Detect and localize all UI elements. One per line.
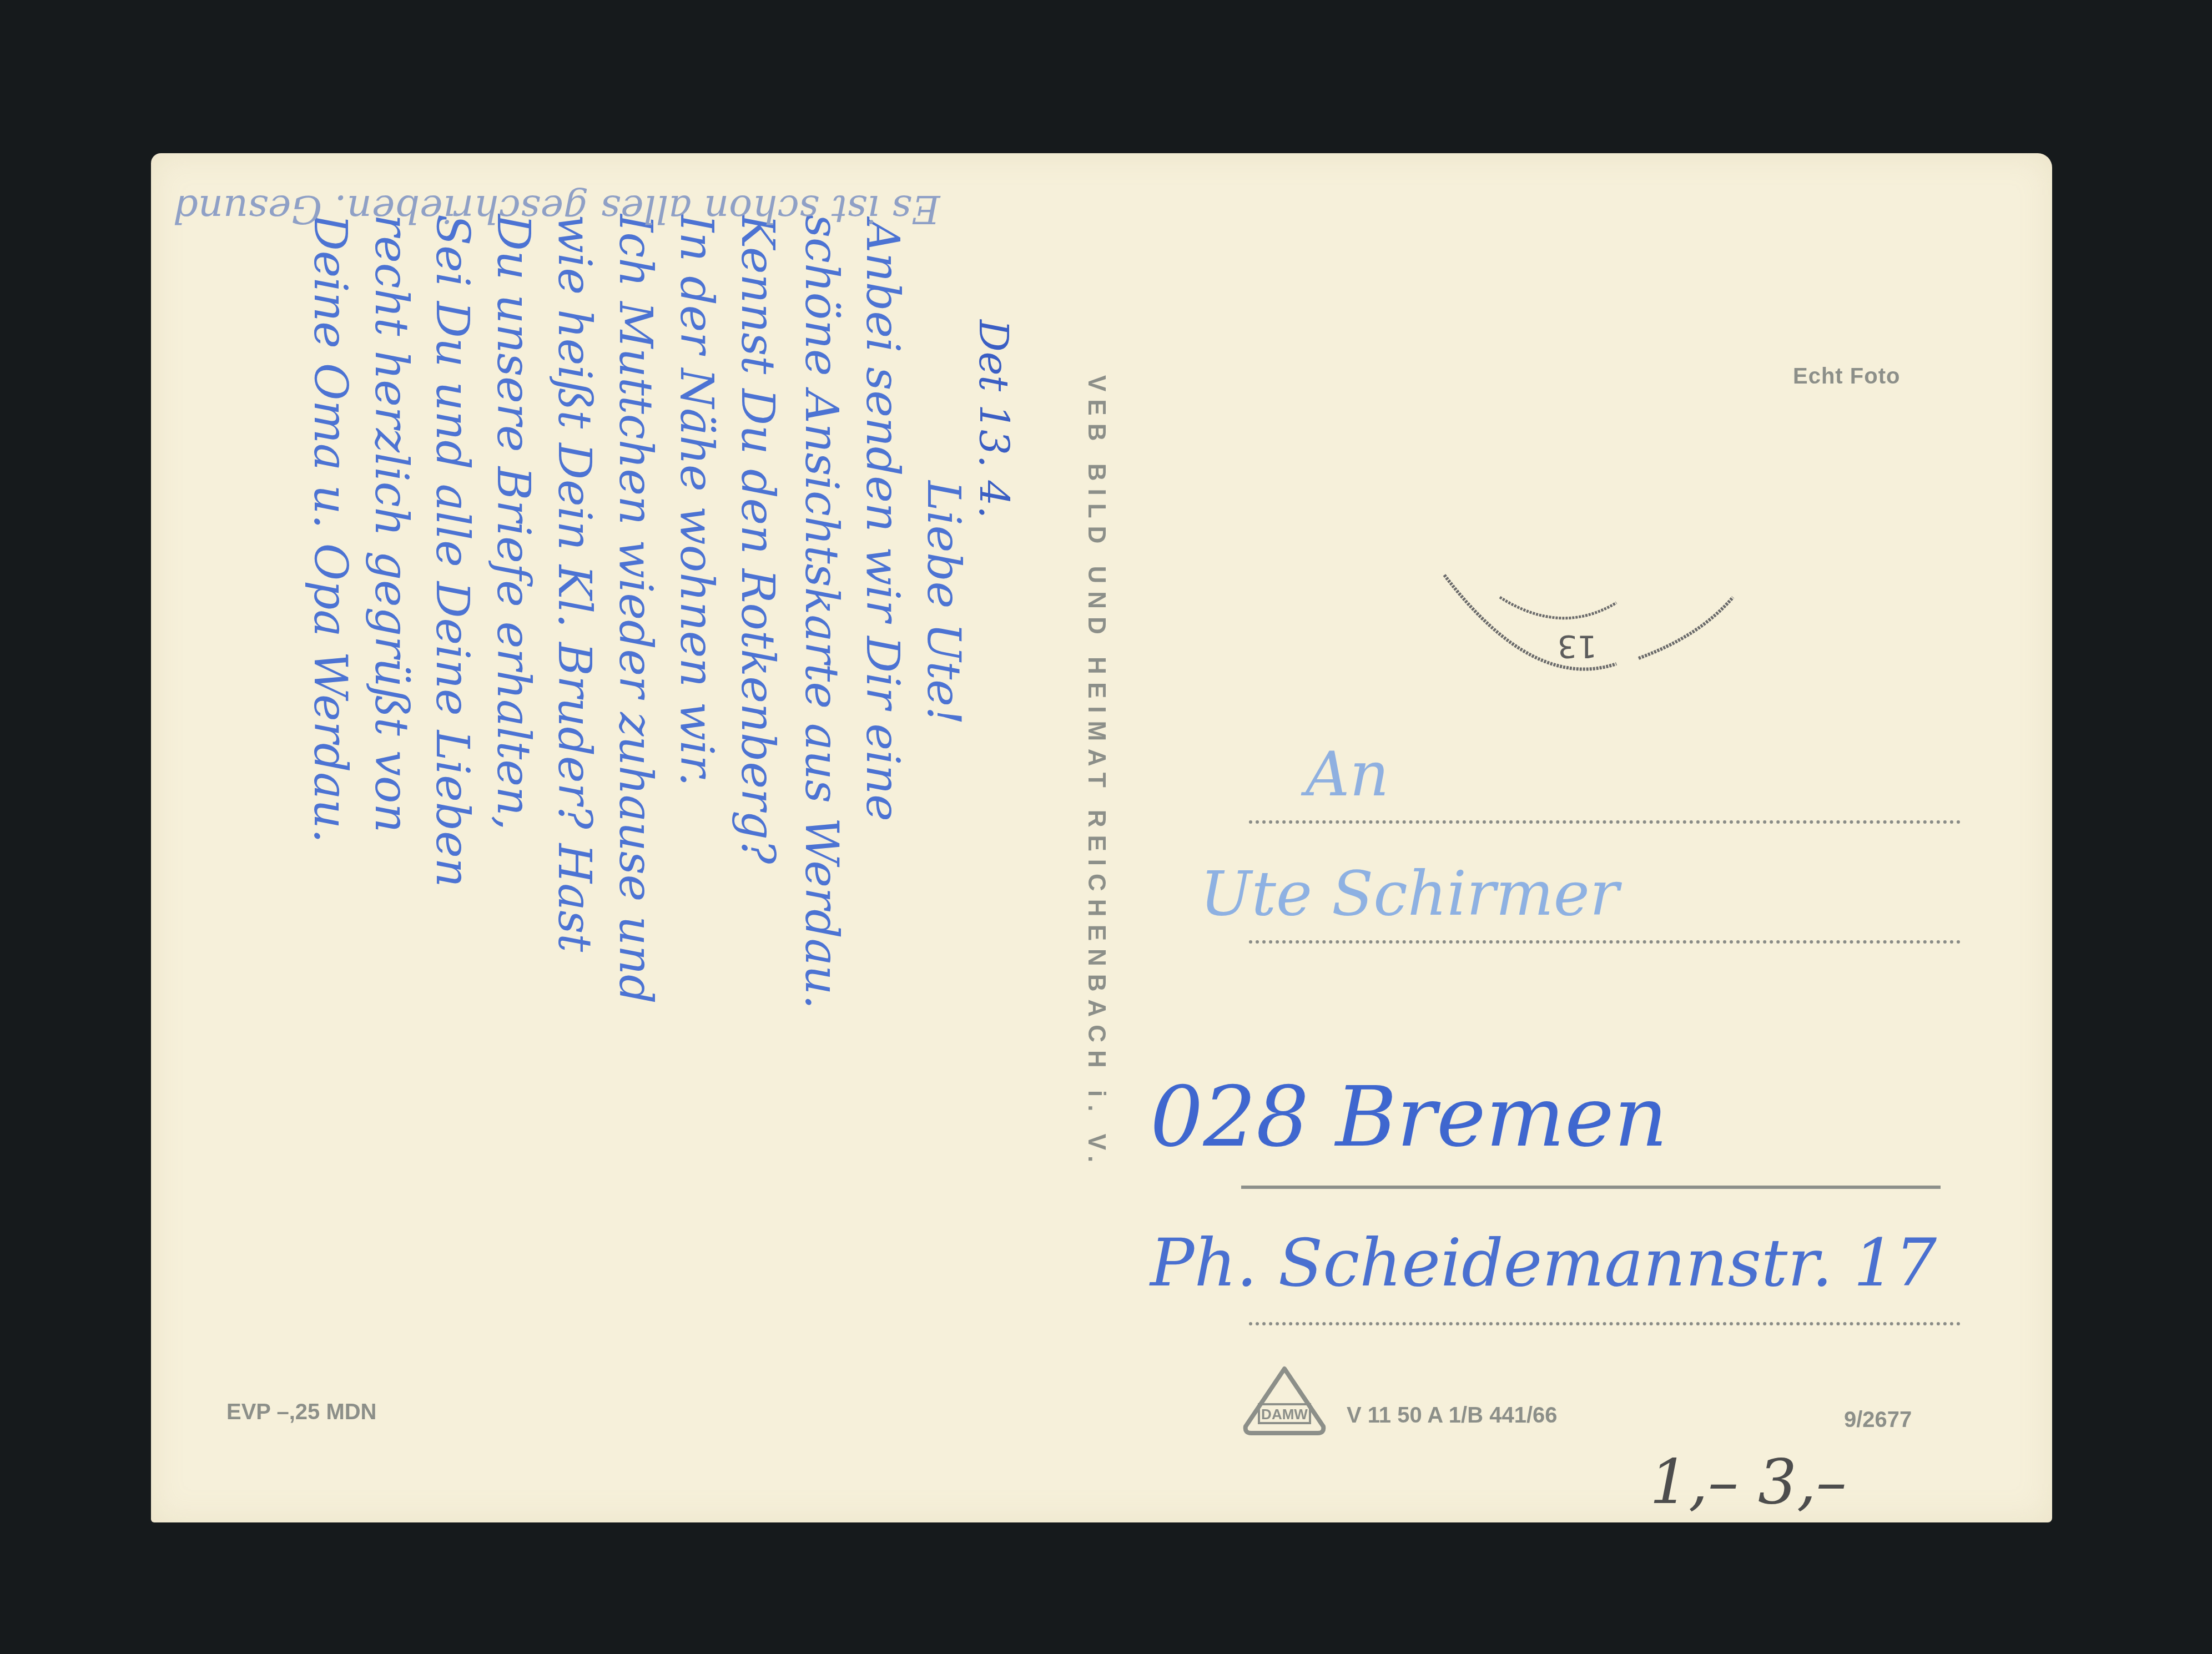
message-line: Kennst Du den Rotkenberg?: [731, 214, 784, 864]
address-line-1: [1249, 820, 1961, 824]
address-street: Ph. Scheidemannstr. 17: [1150, 1224, 1937, 1301]
message-line: Sei Du und alle Deine Lieben: [426, 214, 478, 887]
message-line: Anbei senden wir Dir eine: [856, 220, 909, 821]
postcard-back: Det 13. 4. Liebe Ute! Anbei senden wir D…: [151, 153, 2052, 1522]
message-salutation: Liebe Ute!: [917, 481, 970, 725]
photo-type-label: Echt Foto: [1793, 364, 1900, 389]
svg-text:DAMW: DAMW: [1261, 1406, 1308, 1423]
damw-quality-logo-icon: DAMW: [1240, 1364, 1329, 1436]
message-line: schöne Ansichtskarte aus Werdau.: [795, 214, 848, 1009]
address-line-2: [1249, 940, 1961, 944]
message-line: wie heißt Dein Kl. Bruder? Hast: [548, 214, 601, 952]
postmark-stamp-icon: 13: [1433, 564, 1744, 692]
license-code: V 11 50 A 1/B 441/66: [1347, 1403, 1558, 1428]
serial-number: 9/2677: [1844, 1408, 1912, 1433]
pencil-price-note: 1,– 3,–: [1650, 1446, 1847, 1517]
publisher-imprint: VEB BILD UND HEIMAT REICHENBACH i. V.: [1077, 375, 1110, 1430]
address-line-4: [1249, 1322, 1961, 1325]
address-recipient: Ute Schirmer: [1200, 858, 1619, 929]
message-line: Du unsere Briefe erhalten,: [487, 214, 540, 830]
message-line: Ich Muttchen wieder zuhause und: [609, 214, 662, 1004]
message-top-margin-note: Es ist schon alles geschrieben. Gesund: [173, 186, 940, 232]
address-an: An: [1306, 739, 1389, 810]
message-line: In der Nähe wohnen wir.: [670, 214, 723, 786]
svg-text:13: 13: [1558, 628, 1597, 664]
message-date-note: Det 13. 4.: [970, 320, 1017, 518]
price-label: EVP –,25 MDN: [226, 1400, 377, 1425]
message-line: recht herzlich gegrüßt von: [365, 214, 417, 833]
address-city: 028 Bremen: [1150, 1069, 1667, 1166]
message-line: Deine Oma u. Opa Werdau.: [304, 214, 356, 843]
address-line-3: [1241, 1186, 1941, 1189]
